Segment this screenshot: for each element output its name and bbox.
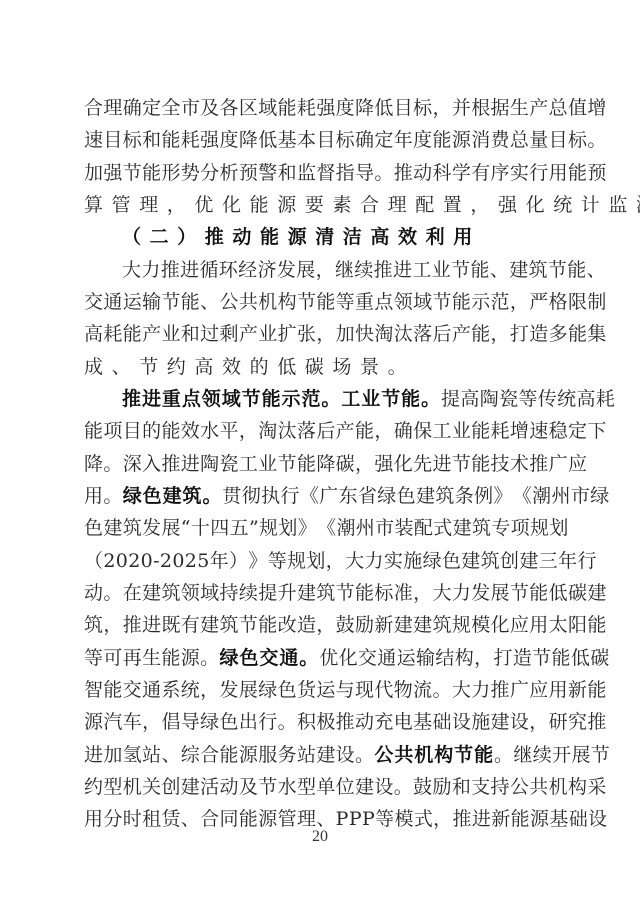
text-span: 合 理 确 定 全 市 及 各 区 域 能 耗 强 度 降 低 目 标 ， 并 … xyxy=(84,97,606,119)
bold-text: 推 进 重 点 领 域 节 能 示 范 。 工 业 节 能 。 xyxy=(122,388,441,410)
text-span: 动 。 在 建 筑 领 域 持 续 提 升 建 筑 节 能 标 准 ， 大 力 … xyxy=(84,582,606,604)
text-line: 高 耗 能 产 业 和 过 剩 产 业 扩 张 ， 加 快 淘 汰 落 后 产 … xyxy=(84,318,558,350)
text-line: 成、节约高效的低碳场景。 xyxy=(84,351,558,383)
text-line: 合 理 确 定 全 市 及 各 区 域 能 耗 强 度 降 低 目 标 ， 并 … xyxy=(84,92,558,124)
text-line: 筑 ， 推 进 既 有 建 筑 节 能 改 造 ， 鼓 励 新 建 建 筑 规 … xyxy=(84,609,558,641)
text-span: 算管理，优化能源要素合理配置，强化统计监测能力建设。 xyxy=(84,194,640,216)
text-span: 色 建 筑 发 展 “ 十 四 五 ” 规 划 》 《 潮 州 市 装 配 式 … xyxy=(84,517,568,539)
text-span: 等 可 再 生 能 源 。 xyxy=(84,647,220,669)
text-span: 用 。 xyxy=(84,485,123,507)
text-span: 提 高 陶 瓷 等 传 统 高 耗 xyxy=(441,388,615,410)
page-number: 20 xyxy=(0,828,640,846)
text-line: 速 目 标 和 能 耗 强 度 降 低 基 本 目 标 确 定 年 度 能 源 … xyxy=(84,124,558,156)
text-span: 贯 彻 执 行 《 广 东 省 绿 色 建 筑 条 例 》 《 潮 州 市 绿 xyxy=(222,485,609,507)
text-span: 成、节约高效的低碳场景。 xyxy=(84,356,415,378)
bold-text: 绿 色 建 筑 。 xyxy=(123,485,223,507)
text-line: 推 进 重 点 领 域 节 能 示 范 。 工 业 节 能 。 提 高 陶 瓷 … xyxy=(84,383,558,415)
bold-text: 绿 色 交 通 。 xyxy=(220,647,320,669)
text-span: 大 力 推 进 循 环 经 济 发 展 ， 继 续 推 进 工 业 节 能 、 … xyxy=(122,259,606,281)
text-line: （ 2 0 2 0 - 2 0 2 5 年 ） 》 等 规 划 ， 大 力 实 … xyxy=(84,545,558,577)
text-line: 加 强 节 能 形 势 分 析 预 警 和 监 督 指 导 。 推 动 科 学 … xyxy=(84,157,558,189)
text-span: 交 通 运 输 节 能 、 公 共 机 构 节 能 等 重 点 领 域 节 能 … xyxy=(84,291,606,313)
text-line: 交 通 运 输 节 能 、 公 共 机 构 节 能 等 重 点 领 域 节 能 … xyxy=(84,286,558,318)
text-span: 。 继 续 开 展 节 xyxy=(494,744,610,766)
text-line: 智 能 交 通 系 统 ， 发 展 绿 色 货 运 与 现 代 物 流 。 大 … xyxy=(84,674,558,706)
text-line: 算管理，优化能源要素合理配置，强化统计监测能力建设。 xyxy=(84,189,558,221)
text-span: 速 目 标 和 能 耗 强 度 降 低 基 本 目 标 确 定 年 度 能 源 … xyxy=(84,129,606,151)
text-line: 源 汽 车 ， 倡 导 绿 色 出 行 。 积 极 推 动 充 电 基 础 设 … xyxy=(84,706,558,738)
text-line: 降 。 深 入 推 进 陶 瓷 工 业 节 能 降 碳 ， 强 化 先 进 节 … xyxy=(84,448,558,480)
text-span: 筑 ， 推 进 既 有 建 筑 节 能 改 造 ， 鼓 励 新 建 建 筑 规 … xyxy=(84,614,606,636)
text-span: 进 加 氢 站 、 综 合 能 源 服 务 站 建 设 。 xyxy=(84,744,374,766)
text-line: 色 建 筑 发 展 “ 十 四 五 ” 规 划 》 《 潮 州 市 装 配 式 … xyxy=(84,512,558,544)
text-span: 用 分 时 租 赁 、 合 同 能 源 管 理 、 P P P 等 模 式 ， … xyxy=(84,808,607,830)
text-span: 能 项 目 的 能 效 水 平 ， 淘 汰 落 后 产 能 ， 确 保 工 业 … xyxy=(84,420,606,442)
text-span: 约 型 机 关 创 建 活 动 及 节 水 型 单 位 建 设 。 鼓 励 和 … xyxy=(84,776,606,798)
section-heading: （二）推动能源清洁高效利用 xyxy=(84,221,558,253)
text-line: 进 加 氢 站 、 综 合 能 源 服 务 站 建 设 。 公 共 机 构 节 … xyxy=(84,739,558,771)
text-line: 约 型 机 关 创 建 活 动 及 节 水 型 单 位 建 设 。 鼓 励 和 … xyxy=(84,771,558,803)
text-line: 动 。 在 建 筑 领 域 持 续 提 升 建 筑 节 能 标 准 ， 大 力 … xyxy=(84,577,558,609)
text-span: 优 化 交 通 运 输 结 构 ， 打 造 节 能 低 碳 xyxy=(319,647,609,669)
text-span: 高 耗 能 产 业 和 过 剩 产 业 扩 张 ， 加 快 淘 汰 落 后 产 … xyxy=(84,323,606,345)
text-span: 智 能 交 通 系 统 ， 发 展 绿 色 货 运 与 现 代 物 流 。 大 … xyxy=(84,679,606,701)
text-line: 用 。 绿 色 建 筑 。 贯 彻 执 行 《 广 东 省 绿 色 建 筑 条 … xyxy=(84,480,558,512)
bold-text: （二）推动能源清洁高效利用 xyxy=(122,226,481,248)
text-span: 降 。 深 入 推 进 陶 瓷 工 业 节 能 降 碳 ， 强 化 先 进 节 … xyxy=(84,453,587,475)
text-line: 能 项 目 的 能 效 水 平 ， 淘 汰 落 后 产 能 ， 确 保 工 业 … xyxy=(84,415,558,447)
bold-text: 公 共 机 构 节 能 xyxy=(374,744,494,766)
text-span: （ 2 0 2 0 - 2 0 2 5 年 ） 》 等 规 划 ， 大 力 实 … xyxy=(84,550,596,572)
text-line: 大 力 推 进 循 环 经 济 发 展 ， 继 续 推 进 工 业 节 能 、 … xyxy=(84,254,558,286)
text-line: 等 可 再 生 能 源 。 绿 色 交 通 。 优 化 交 通 运 输 结 构 … xyxy=(84,642,558,674)
text-span: 源 汽 车 ， 倡 导 绿 色 出 行 。 积 极 推 动 充 电 基 础 设 … xyxy=(84,711,606,733)
text-span: 加 强 节 能 形 势 分 析 预 警 和 监 督 指 导 。 推 动 科 学 … xyxy=(84,162,606,184)
document-body: 合 理 确 定 全 市 及 各 区 域 能 耗 强 度 降 低 目 标 ， 并 … xyxy=(84,92,558,836)
